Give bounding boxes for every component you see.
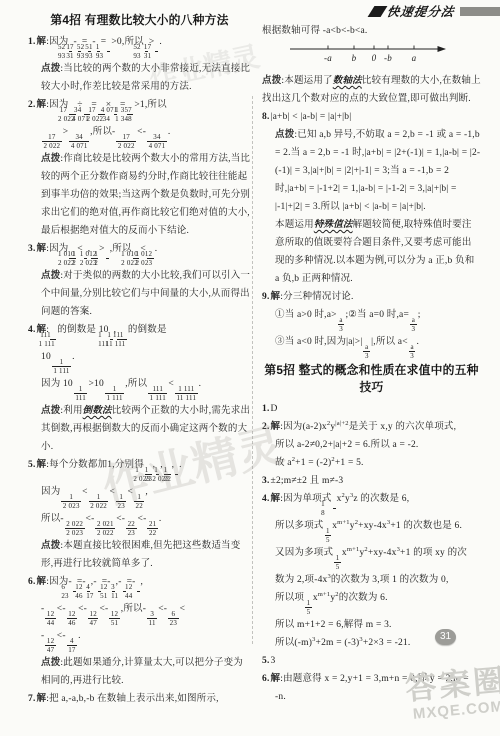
answer-page: 快速提分法 第4招 有理数比较大小的八种方法1.解:因为5293-1731=52…	[0, 0, 500, 736]
answer-line: 点拨:本题直接比较很困难,但先把这些数适当变形,再进行比较就简单多了.	[28, 537, 251, 573]
fraction: 311	[147, 610, 157, 627]
text-seg: +1 的次数也是 6.	[390, 521, 462, 531]
fraction: 123	[116, 493, 126, 510]
text-seg: .	[416, 337, 419, 347]
text-seg: .	[72, 352, 75, 362]
text-seg: 的倒数是	[128, 325, 167, 335]
text-seg: |,所以 a<	[371, 337, 408, 347]
fraction-numerator: 1	[175, 466, 178, 474]
question-number: 5.	[262, 656, 270, 666]
fraction: 11 111	[52, 358, 71, 375]
fraction-denominator: 44	[137, 591, 140, 600]
fraction-numerator: 17	[155, 43, 158, 51]
superscript: m+1	[347, 546, 360, 553]
answer-line: 1.D	[262, 400, 481, 418]
text-seg: +2m = (-3)	[316, 638, 360, 648]
fraction-denominator: 4 071	[147, 141, 167, 150]
fraction-denominator: 47	[88, 618, 98, 627]
fraction-numerator: a	[364, 343, 370, 351]
fraction-numerator: 1	[106, 250, 109, 258]
text-seg: ①当 a>0 时,a>	[275, 310, 337, 320]
text-seg: ;②当 a=0 时,a=	[345, 310, 409, 320]
answer-line: 4.解:1111 111的倒数是 101111,1 11111 111的倒数是	[28, 321, 251, 348]
solution-label: 解	[37, 694, 47, 704]
fraction-denominator: 3	[338, 324, 345, 333]
solution-label: 解	[37, 100, 47, 110]
method-name: 倒数法	[83, 406, 112, 416]
text-seg: <-	[138, 514, 147, 524]
fraction-denominator: 1 111	[52, 366, 71, 375]
fraction-denominator: 2 022	[89, 501, 109, 510]
text-seg: :此题如果通分,计算量太大,可以把分子变为相同的,再进行比较.	[41, 658, 243, 686]
text-seg: 故 a	[275, 458, 292, 468]
fraction-denominator: 22	[147, 528, 157, 537]
fraction-denominator: 23	[116, 501, 126, 510]
text-seg: +1 的项 xy 的次	[400, 548, 467, 558]
fraction-numerator: 1	[325, 527, 332, 535]
fraction-numerator: 2 021	[95, 520, 115, 528]
question-number: 2.	[262, 422, 270, 432]
answer-line: 2.解:因为172 022÷344 071=172 022×4 07134=1 …	[28, 96, 251, 123]
text-seg: :本题运用了	[281, 76, 332, 86]
text-seg: >10	[88, 379, 103, 389]
fraction-denominator: 31	[155, 51, 158, 60]
answer-line: 所以多项式15xm+1y2+xy-4x3+1 的次数也是 6.	[262, 517, 481, 544]
fraction-numerator: 1 012	[147, 250, 154, 258]
text-seg: <-	[99, 604, 108, 614]
fraction-numerator: 2 022	[65, 520, 85, 528]
answer-line: 3.解:因为1 0102 022<12,1 0122 023>12,所以1 01…	[28, 240, 251, 267]
fraction-denominator: 2 022	[42, 141, 62, 150]
text-seg: ,所以-	[121, 604, 146, 614]
answer-line: 3.±2;m≠±2 且 m≠-3	[262, 472, 481, 490]
text-seg: >	[63, 127, 69, 137]
fraction-denominator: 3	[409, 351, 416, 360]
text-seg: <	[180, 604, 186, 614]
question-number: 3.	[28, 244, 36, 254]
text-seg: 所以 a-2≠0,2+|a|+2 = 6.所以 a = -2.	[275, 440, 419, 450]
text-seg: 本题运用	[275, 220, 314, 230]
fraction-numerator: 17	[121, 133, 131, 141]
fraction-numerator: 1	[58, 358, 65, 366]
fraction: 1251	[109, 610, 119, 627]
answer-line: 所以-2 0222 023<-2 0212 022<-2223<-2122.	[28, 510, 251, 537]
text-seg: ,	[160, 460, 163, 470]
fraction: 1246	[67, 610, 77, 627]
logo-slash-icon	[368, 6, 388, 17]
text-seg: 的次数为 3,项 1 的次数为 0,	[331, 575, 449, 585]
fraction: 122	[175, 466, 178, 483]
fraction-denominator: 93	[107, 51, 110, 60]
text-seg: ,所以-	[90, 127, 115, 137]
answer-line: 故 a2+1 = (-2)2+1 = 5.	[262, 454, 481, 472]
fraction-denominator: 23	[126, 528, 136, 537]
text-seg: ,	[145, 487, 148, 497]
fraction-numerator: 34	[74, 133, 84, 141]
section-heading: 第5招 整式的概念和性质在求值中的五种技巧	[262, 362, 481, 396]
answer-line: 2.解:因为(a-2)x2y|a|+2是关于 x,y 的六次单项式,	[262, 418, 481, 436]
text-seg: +xy-4x	[358, 521, 387, 531]
fraction: 1111 111	[148, 385, 167, 402]
answer-line: 点拨:作商比较是比较两个数大小的常用方法,当比较的两个正分数作商易约分时,作商比…	[28, 150, 251, 240]
fraction-denominator: 2 023	[147, 258, 154, 267]
text-seg: ,-	[116, 577, 122, 587]
fraction: 1244	[45, 610, 55, 627]
text-seg: .	[159, 37, 162, 47]
text-seg: :把 a,-a,b,-b 在数轴上表示出来,如图所示,	[46, 694, 218, 704]
question-number: 9.	[262, 292, 270, 302]
fraction-numerator: 1	[68, 493, 75, 501]
text-seg: 根据数轴可得 -a<b<-b<a.	[262, 26, 367, 36]
number-line-figure: -ab0-ba	[288, 43, 481, 70]
text-seg: 因为	[41, 487, 60, 497]
text-seg: :因为-	[46, 577, 72, 587]
fraction-denominator: 22	[134, 501, 144, 510]
fraction: a3	[363, 343, 370, 360]
answer-line: 1.解:因为5293-1731=5293-5193=193>0,所以5293>1…	[28, 33, 251, 60]
fraction: 1247	[88, 610, 98, 627]
answer-line: -1247<-417.	[28, 627, 251, 654]
solution-label: 点拨	[41, 64, 60, 74]
text-seg: <-	[137, 127, 146, 137]
text-seg: <-	[57, 604, 66, 614]
question-number: 4.	[262, 494, 270, 504]
question-number: 2.	[28, 100, 36, 110]
text-seg: 是关于 x,y 的六次单项式,	[349, 422, 457, 432]
text-seg: 又因为多项式	[275, 548, 333, 558]
answer-line: 点拨:已知 a,b 异号,不妨取 a = 2,b = -1 或 a = -1,b…	[262, 126, 481, 216]
fraction: 1 3571 348	[127, 106, 134, 123]
fraction-denominator: 5	[325, 535, 332, 544]
text-seg: 10	[41, 352, 51, 362]
fraction-denominator: 2 023	[61, 501, 81, 510]
fraction-numerator: a	[409, 343, 415, 351]
fraction-denominator: 11 111	[175, 393, 198, 402]
fraction-numerator: 1	[107, 43, 110, 51]
right-column: 根据数轴可得 -a<b<-b<a.-ab0-ba点拨:本题运用了数轴法比较有理数…	[262, 22, 481, 706]
fraction-numerator: 1 357	[127, 106, 134, 114]
text-seg: 所以项	[275, 593, 304, 603]
text-seg: 数为 2,项-4x	[275, 575, 327, 585]
fraction: 1111	[74, 385, 88, 402]
question-number: 3.	[262, 476, 270, 486]
text-seg: <-	[116, 514, 125, 524]
fraction-denominator: 111	[74, 393, 88, 402]
text-seg: +xy-4x	[368, 548, 397, 558]
fraction: 15	[334, 554, 341, 571]
fraction-numerator: 21	[147, 520, 157, 528]
fraction: 12 022	[89, 493, 109, 510]
fraction-numerator: 1	[118, 493, 125, 501]
answer-line: 172 022>344 071,所以-172 022<-344 071.	[28, 123, 251, 150]
text-seg: <-	[86, 514, 95, 524]
svg-text:0: 0	[372, 53, 377, 63]
fraction: 122	[134, 493, 144, 510]
answer-line: 5.解:每个分数都加1,分别得12 023,123,12 022,122.	[28, 456, 251, 483]
fraction-numerator: 12	[45, 637, 55, 645]
page-number-badge: 31	[435, 629, 456, 645]
fraction: 344 071	[69, 133, 89, 150]
solution-label: 点拨	[262, 76, 281, 86]
text-seg: -	[41, 604, 44, 614]
fraction-numerator: 12	[109, 610, 119, 618]
answer-line: 4.解:因为单项式18x2y3z 的次数是 6,	[262, 490, 481, 517]
text-seg: :因为(a-2)x	[280, 422, 327, 432]
answer-line: 点拨:此题如果通分,计算量太大,可以把分子变为相同的,再进行比较.	[28, 654, 251, 690]
solution-label: 解	[37, 460, 47, 470]
text-seg: 所以 m+1+2 = 6,解得 m = 3.	[275, 620, 392, 630]
text-seg: <-	[158, 604, 167, 614]
fraction: 1 0122 023	[147, 250, 154, 267]
solution-label: 点拨	[275, 130, 294, 140]
fraction-denominator: 2	[106, 258, 109, 267]
text-seg: -n.	[275, 692, 286, 702]
text-seg: <	[168, 379, 174, 389]
text-seg: 所以-	[41, 514, 64, 524]
fraction-denominator: 1 111	[105, 393, 124, 402]
fraction: a3	[409, 343, 416, 360]
answer-line: 点拨:对于类似的两数的大小比较,我们可以引入一个中间量,分别比较它们与中间量的大…	[28, 267, 251, 321]
text-seg: :利用	[60, 406, 82, 416]
fraction: 2 0212 022	[95, 520, 115, 537]
fraction-numerator: a	[338, 316, 344, 324]
text-seg: 所以(-m)	[275, 638, 312, 648]
fraction-numerator: 111	[151, 385, 165, 393]
answer-line: 又因为多项式15xm+1y2+xy-4x3+1 的项 xy 的次	[262, 544, 481, 571]
text-seg: >1,所以	[134, 100, 166, 110]
logo-text: 快速提分法	[386, 2, 457, 20]
fraction: 623	[168, 610, 178, 627]
brand-logo: 快速提分法	[371, 3, 500, 19]
fraction-numerator: 1	[305, 599, 312, 607]
text-seg: ,-	[91, 577, 97, 587]
superscript: m+1	[337, 519, 350, 526]
solution-label: 解	[37, 37, 47, 47]
text-seg: ③当 a<0 时,因为|a|>|	[275, 337, 362, 347]
fraction: 2 0222 023	[65, 520, 85, 537]
fraction-numerator: 12	[137, 583, 140, 591]
question-number: 1.	[262, 404, 270, 414]
fraction: 2223	[126, 520, 136, 537]
text-seg: ±2;m≠±2 且 m≠-3	[271, 476, 344, 486]
fraction: 15	[325, 527, 332, 544]
fraction-numerator: a	[410, 316, 416, 324]
fraction-denominator: 23	[168, 618, 178, 627]
fraction-denominator: 46	[67, 618, 77, 627]
fraction-numerator: 17	[47, 133, 57, 141]
fraction-denominator: 51	[109, 618, 119, 627]
text-seg: +2×3 = -21.	[363, 638, 411, 648]
fraction-denominator: 1 111	[148, 393, 167, 402]
text-seg: +1 = 5.	[335, 458, 364, 468]
solution-label: 点拨	[41, 406, 60, 416]
answer-line: 因为12 023<12 022<123<122,	[28, 483, 251, 510]
answer-line: 所以项15xm+1y2的次数为 6.	[262, 589, 481, 616]
question-number: 6.	[28, 577, 36, 587]
method-name: 特殊值法	[314, 220, 353, 230]
answer-line: 点拨:利用倒数法比较两个正数的大小时,需先求出其倒数,再根据倒数大的反而小确定这…	[28, 402, 251, 456]
fraction-denominator: 2 022	[95, 528, 115, 537]
fraction: 417	[67, 637, 77, 654]
question-number: 5.	[28, 460, 36, 470]
text-seg: .	[155, 244, 158, 254]
answer-line: ③当 a<0 时,因为|a|>|a3|,所以 a<a3.	[262, 333, 481, 360]
text-seg: ;	[418, 310, 421, 320]
section-heading: 第4招 有理数比较大小的八种方法	[28, 12, 251, 29]
fraction-denominator: 2 022	[116, 141, 136, 150]
answer-line: 8.|a+b| < |a-b| = |a|+|b|	[262, 108, 481, 126]
fraction: 15	[305, 599, 312, 616]
logo-bar	[460, 7, 500, 16]
text-seg: 3	[271, 656, 276, 666]
solution-label: 解	[271, 494, 281, 504]
fraction: 2122	[147, 520, 157, 537]
fraction-numerator: 3	[149, 610, 156, 618]
left-column: 第4招 有理数比较大小的八种方法1.解:因为5293-1731=5293-519…	[28, 10, 251, 708]
svg-text:b: b	[352, 53, 357, 63]
fraction-denominator: 44	[45, 618, 55, 627]
fraction: 1111 111	[50, 331, 56, 348]
fraction-denominator: 2 023	[65, 528, 85, 537]
fraction-numerator: 1	[95, 493, 102, 501]
text-seg: -	[41, 631, 44, 641]
text-seg: +1 = (-2)	[295, 458, 331, 468]
fraction-numerator: 111	[52, 331, 55, 339]
superscript: m+1	[318, 591, 331, 598]
answer-line: 本题运用特殊值法解题较简便,取特殊值时要注意所取的值既要符合题目条件,又要考虑可…	[262, 216, 481, 288]
answer-line: 数为 2,项-4x3的次数为 3,项 1 的次数为 0,	[262, 571, 481, 589]
text-seg: ,	[141, 577, 144, 587]
fraction-denominator: 5	[305, 607, 312, 616]
fraction-numerator: 12	[67, 610, 77, 618]
fraction-numerator: 12	[45, 610, 55, 618]
text-seg: .	[159, 514, 162, 524]
fraction: 344 071	[147, 133, 167, 150]
text-seg: :当比较的两个数的大小非常接近,无法直接比较大小时,作差比较是常采用的方法.	[41, 64, 250, 92]
answer-line: ①当 a>0 时,a>a3;②当 a=0 时,a=a3;	[262, 306, 481, 333]
text-seg: D	[271, 404, 278, 414]
answer-line: 根据数轴可得 -a<b<-b<a.	[262, 22, 481, 40]
solution-label: 解	[271, 292, 281, 302]
fraction-denominator: 8	[333, 508, 336, 517]
text-seg: |a+b| < |a-b| = |a|+|b|	[271, 112, 352, 122]
fraction-denominator: 17	[67, 645, 77, 654]
question-number: 8.	[262, 112, 270, 122]
fraction: a3	[410, 316, 417, 333]
text-seg: .	[168, 127, 171, 137]
fraction-denominator: 3	[410, 324, 417, 333]
answer-line: 点拨:本题运用了数轴法比较有理数的大小,在数轴上找出这几个数对应的点的大致位置,…	[262, 72, 481, 108]
text-seg: 的次数为 6.	[339, 593, 388, 603]
text-seg: ,	[172, 460, 175, 470]
solution-label: 解	[271, 422, 281, 432]
text-seg: :分三种情况讨论.	[280, 292, 353, 302]
solution-label: 点拨	[41, 154, 60, 164]
text-seg: :已知 a,b 异号,不妨取 a = 2,b = -1 或 a = -1,b =…	[275, 130, 480, 212]
fraction-denominator: 47	[45, 645, 55, 654]
fraction: 1244	[137, 583, 140, 600]
fraction: 12	[106, 250, 109, 267]
text-seg: :作商比较是比较两个数大小的常用方法,当比较的两个正分数作商易约分时,作商比较往…	[41, 154, 250, 236]
svg-text:-b: -b	[384, 53, 392, 63]
method-name: 数轴法	[333, 76, 362, 86]
fraction-numerator: 1	[136, 493, 143, 501]
fraction: 1247	[45, 637, 55, 654]
text-seg: :对于类似的两数的大小比较,我们可以引入一个中间量,分别比较它们与中间量的大小,…	[41, 271, 250, 317]
fraction: 1 11111 111	[117, 331, 127, 348]
svg-text:a: a	[412, 53, 417, 63]
answer-line: 9.解:分三种情况讨论.	[262, 288, 481, 306]
fraction: 1731	[155, 43, 158, 60]
fraction-numerator: 1	[111, 385, 118, 393]
fraction-numerator: 34	[152, 133, 162, 141]
text-seg: =	[101, 37, 107, 47]
column-divider	[252, 96, 253, 644]
solution-label: 解	[37, 244, 47, 254]
solution-label: 点拨	[41, 658, 60, 668]
question-number: 4.	[28, 325, 36, 335]
solution-label: 点拨	[41, 271, 60, 281]
solution-label: 解	[271, 674, 281, 684]
answer-line: 6.解:因为-623=-1246,-417=-1251,-311=-1244,	[28, 573, 251, 600]
text-seg: .	[179, 460, 182, 470]
fraction-numerator: 6	[170, 610, 177, 618]
fraction-denominator: 3	[363, 351, 370, 360]
text-seg: <	[127, 487, 133, 497]
text-seg: <	[82, 487, 88, 497]
superscript: |a|+2	[335, 420, 348, 427]
fraction-numerator: 22	[126, 520, 136, 528]
answer-line: 7.解:把 a,-a,b,-b 在数轴上表示出来,如图所示,	[28, 690, 251, 708]
fraction: 1 11111 111	[175, 385, 198, 402]
answer-line: 因为 101111>1011 111,所以1111 111<1 11111 11…	[28, 375, 251, 402]
fraction: 172 022	[42, 133, 62, 150]
fraction: 12 023	[61, 493, 81, 510]
fraction-numerator: 1 111	[119, 331, 125, 339]
fraction-denominator: 4 071	[69, 141, 89, 150]
fraction-numerator: 1 111	[177, 385, 196, 393]
fraction-denominator: 22	[175, 474, 178, 483]
svg-text:-a: -a	[324, 53, 332, 63]
fraction-numerator: 1	[77, 385, 84, 393]
fraction-denominator: 1 111	[50, 339, 56, 348]
answer-line: 1011 111.	[28, 348, 251, 375]
fraction-numerator: 1	[334, 554, 341, 562]
text-seg: 因为 10	[41, 379, 73, 389]
question-number: 1.	[28, 37, 36, 47]
fraction-denominator: 5	[334, 562, 341, 571]
question-number: 7.	[28, 694, 36, 704]
fraction-denominator: 11 111	[117, 339, 127, 348]
fraction-denominator: 1 348	[127, 114, 134, 123]
text-seg: >	[99, 244, 105, 254]
fraction: 18	[333, 500, 336, 517]
text-seg: .	[78, 631, 81, 641]
text-seg: :本题直接比较很困难,但先把这些数适当变形,再进行比较就简单多了.	[41, 541, 240, 569]
fraction: a3	[338, 316, 345, 333]
solution-label: 解	[37, 577, 47, 587]
text-seg: <	[109, 487, 115, 497]
fraction: 11 111	[105, 385, 124, 402]
text-seg: :每个分数都加1,分别得	[46, 460, 144, 470]
fraction: 172 022	[116, 133, 136, 150]
text-seg: <-	[78, 604, 87, 614]
question-number: 6.	[262, 674, 270, 684]
fraction: 193	[107, 43, 110, 60]
text-seg: z 的次数是 6,	[353, 494, 409, 504]
answer-line: 所以 a-2≠0,2+|a|+2 = 6.所以 a = -2.	[262, 436, 481, 454]
answer-line: 点拨:当比较的两个数的大小非常接近,无法直接比较大小时,作差比较是常采用的方法.	[28, 60, 251, 96]
